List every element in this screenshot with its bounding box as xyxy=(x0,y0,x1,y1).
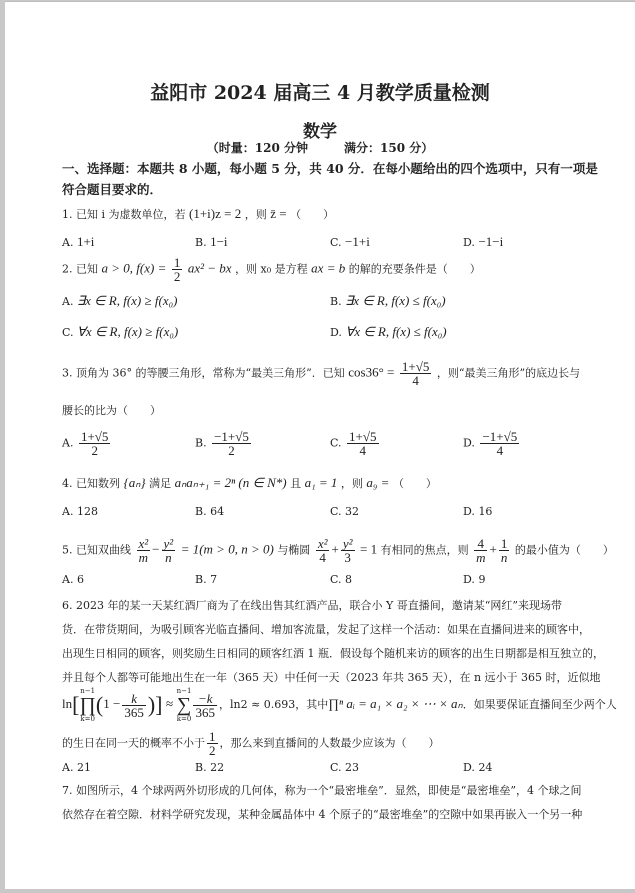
math-formula: cos36° = xyxy=(348,365,394,380)
option-c: C. −1+i xyxy=(330,234,370,250)
question-3-stem-line2: 腰长的比为（ ） xyxy=(62,404,161,418)
exam-meta: （时量：120 分钟 满分：150 分） xyxy=(5,139,635,156)
option-b: B. ∃x ∈ R, f(x) ≤ f(x₀) xyxy=(330,293,446,309)
option-b: B. 7 xyxy=(195,573,217,586)
option-d: D. 9 xyxy=(463,573,485,586)
option-a: A. 1+i xyxy=(62,234,94,250)
option-a: A. 128 xyxy=(62,505,98,518)
question-7-line1: 7. 如图所示，4 个球两两外切形成的几何体，称为一个“最密堆垒”．显然，即使是… xyxy=(62,784,581,798)
question-number: 4. xyxy=(62,477,73,490)
option-a: A. 6 xyxy=(62,573,84,586)
section-intro-line1: 一、选择题：本题共 8 小题，每小题 5 分，共 40 分．在每小题给出的四个选… xyxy=(62,162,598,176)
option-a: A. ∃x ∈ R, f(x) ≥ f(x₀) xyxy=(62,293,177,309)
question-6-line2: 货．在带货期间，为吸引顾客光临直播间、增加客流量，发起了这样一个活动：如果在直播… xyxy=(62,623,590,637)
option-c: C. 23 xyxy=(330,761,359,774)
option-c: C. ∀x ∈ R, f(x) ≥ f(x₀) xyxy=(62,324,178,340)
option-d: D. −1−i xyxy=(463,234,503,250)
math-formula: z̄ = xyxy=(270,206,286,221)
exam-page: 益阳市 2024 届高三 4 月教学质量检测 数学 （时量：120 分钟 满分：… xyxy=(5,1,635,891)
option-c: C. 32 xyxy=(330,505,359,518)
option-a: A. 21 xyxy=(62,761,91,774)
option-b: B. 1−i xyxy=(195,234,228,250)
question-6-line4: 并且每个人都等可能地出生在一年（365 天）中任何一天（2023 年共 365 … xyxy=(62,671,601,685)
question-number: 3. xyxy=(62,367,73,380)
math-formula: (1+i)z = 2 xyxy=(189,206,241,221)
fraction: 1+√54 xyxy=(400,360,431,387)
question-5-stem: 5. 已知双曲线 x²m−y²n = 1(m > 0, n > 0) 与椭圆 x… xyxy=(62,537,614,564)
question-3-stem: 3. 顶角为 36° 的等腰三角形，常称为“最美三角形”．已知 cos36° =… xyxy=(62,360,580,387)
question-6-line3: 出现生日相同的顾客，则奖励生日相同的顾客红酒 1 瓶．假设每个随机来访的顾客的出… xyxy=(62,647,604,661)
option-a: A. 1+√52 xyxy=(62,430,112,457)
section-intro-line2: 符合题目要求的． xyxy=(62,183,162,197)
question-1-stem: 1. 已知 i 为虚数单位，若 (1+i)z = 2 ，则 z̄ = （ ） xyxy=(62,207,334,222)
question-number: 2. xyxy=(62,263,73,276)
option-c: C. 1+√54 xyxy=(330,430,381,457)
option-d: D. −1+√54 xyxy=(463,430,521,457)
option-b: B. −1+√52 xyxy=(195,430,253,457)
question-number: 5. xyxy=(62,544,73,557)
question-2-stem: 2. 已知 a > 0, f(x) = 12 ax² − bx ，则 x₀ 是方… xyxy=(62,256,481,283)
option-d: D. 16 xyxy=(463,505,492,518)
option-d: D. 24 xyxy=(463,761,492,774)
option-c: C. 8 xyxy=(330,573,352,586)
math-formula: a > 0, f(x) = xyxy=(102,261,167,276)
exam-title: 益阳市 2024 届高三 4 月教学质量检测 xyxy=(5,78,635,105)
option-b: B. 64 xyxy=(195,505,224,518)
page-bottom-edge xyxy=(5,889,635,893)
option-d: D. ∀x ∈ R, f(x) ≤ f(x₀) xyxy=(330,324,447,340)
fraction: 12 xyxy=(172,256,183,283)
question-6-line1: 6. 2023 年的某一天某红酒厂商为了在线出售其红酒产品，联合小 Y 哥直播间… xyxy=(62,599,562,613)
question-7-line2: 依然存在着空隙．材料学研究发现，某种金属晶体中 4 个原子的“最密堆垒”的空隙中… xyxy=(62,808,582,822)
question-6-line6: 的生日在同一天的概率不小于12，那么来到直播间的人数最少应该为（ ） xyxy=(62,730,440,757)
question-number: 1. xyxy=(62,208,73,221)
question-6-formula: ln[n−1∏k=0(1 −k365)] ≈ n−1∑k=0−k365，ln2 … xyxy=(62,684,617,724)
question-4-stem: 4. 已知数列 {aₙ} 满足 aₙaₙ₊₁ = 2ⁿ (n ∈ N*) 且 a… xyxy=(62,476,437,491)
option-b: B. 22 xyxy=(195,761,224,774)
